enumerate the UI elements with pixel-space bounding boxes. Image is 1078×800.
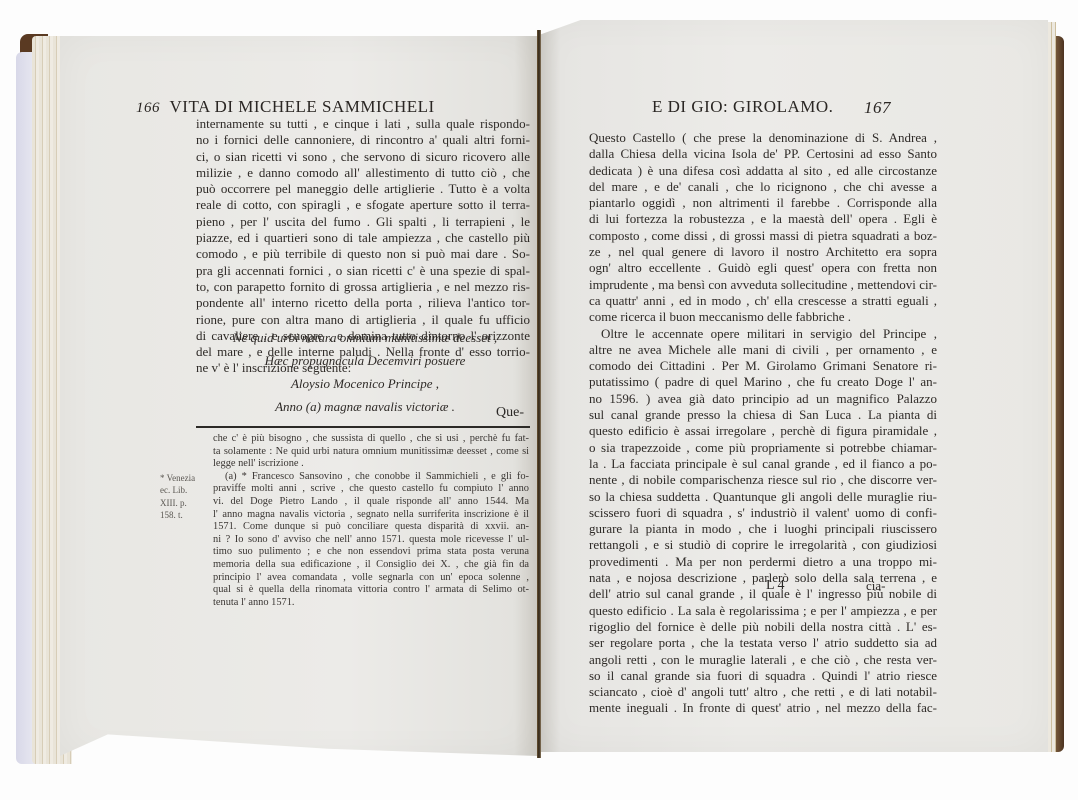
text-line: ogn' altro eccellente . Guidò egli quest…: [589, 260, 937, 276]
text-line: dedicata ) è una difesa così addatta al …: [589, 163, 937, 179]
text-line: comodo dei Cittadini . Per M. Girolamo G…: [589, 358, 937, 374]
text-line: Oltre le accennate opere militari in ser…: [589, 326, 937, 342]
text-line: so la chiesa suddetta . Quantunque gli a…: [589, 489, 937, 505]
text-line: angoli retti , con le muraglie laterali …: [589, 652, 937, 668]
text-line: so il canal grande sia fuori di squadra …: [589, 668, 937, 684]
signature-mark: L 4: [766, 578, 785, 594]
margin-note-line: * Venezia: [160, 472, 210, 484]
footnote-line: vi. del Doge Pietro Lando , il quale ris…: [213, 496, 529, 509]
text-line: ser regolare porta , che la testata vers…: [589, 635, 937, 651]
text-line: putatissimo ( padre di quel Marino , che…: [589, 374, 937, 390]
text-line: la . La facciata principale è sul canal …: [589, 456, 937, 472]
text-line: no 1596. ) avea già dato principio ad un…: [589, 391, 937, 407]
text-line: imprudente , ma bensì con avveduta solle…: [589, 277, 937, 293]
right-body-text: Questo Castello ( che prese la denominaz…: [589, 130, 937, 717]
right-catchword: cia-: [866, 578, 885, 594]
text-line: come ricerca il buon meccanismo delle fa…: [589, 309, 937, 325]
text-line: Questo Castello ( che prese la denominaz…: [589, 130, 937, 146]
text-line: gurare la pianta in modo , che i luoghi …: [589, 521, 937, 537]
text-line: questo edificio è assai irregolare , per…: [589, 423, 937, 439]
text-line: comodo , e più terribile di questo non s…: [196, 246, 530, 262]
inscription-line: Aloysio Mocenico Principe ,: [200, 372, 530, 395]
text-line: internamente su tutti , e cinque i lati …: [196, 116, 530, 132]
text-line: reale di cotto, con spiragli , e sfogate…: [196, 197, 530, 213]
footnote-line: qual si è quella della rinomata vittoria…: [213, 584, 529, 597]
text-line: milizie , e danno comodo all' allestimen…: [196, 165, 530, 181]
footnote-line: tenuta l' anno 1571.: [213, 597, 529, 610]
inscription-line: Hæc propugnacula Decemviri posuere: [200, 349, 530, 372]
text-line: altre ne avea Michele alle mani di civil…: [589, 342, 937, 358]
text-line: nente , di nobile comparischenza riesce …: [589, 472, 937, 488]
text-line: to, con parapetto fornito di grossa arti…: [196, 279, 530, 295]
footnote-rule: [196, 426, 530, 428]
text-line: piantarlo oggidì , non altrimenti il far…: [589, 195, 937, 211]
footnote-line: principio l' avea comandata , volle segn…: [213, 572, 529, 585]
text-line: pra gli accennati fornici , o sian ricet…: [196, 263, 530, 279]
text-line: di lui fortezza la robustezza , e la mae…: [589, 211, 937, 227]
footnote-line: timo suo pulimento ; e che non essendovi…: [213, 546, 529, 559]
text-line: mente ineguali . In fronte di quest' atr…: [589, 700, 937, 716]
text-line: sul canal grande presso la chiesa di San…: [589, 407, 937, 423]
footnote-line: memoria della sua edificazione , il Cons…: [213, 559, 529, 572]
text-line: pondente all' interno ricetto della port…: [196, 295, 530, 311]
margin-note-line: ec. Lib.: [160, 484, 210, 496]
footnote-line: l' anno magna navalis victoria , segnato…: [213, 509, 529, 522]
margin-note-line: XIII. p.: [160, 497, 210, 509]
footnote-line: ni ? Io sono d' avviso che nell' anno 15…: [213, 534, 529, 547]
margin-reference-note: * Venezia ec. Lib. XIII. p. 158. t.: [160, 472, 210, 522]
margin-note-line: 158. t.: [160, 509, 210, 521]
text-line: provedimenti . Ma per non perdermi dietr…: [589, 554, 937, 570]
text-line: o sia trapezzoide , come più propriament…: [589, 440, 937, 456]
latin-inscription: Ne quid urbi natura omnium munitissimæ d…: [200, 326, 530, 418]
left-page-number: 166: [136, 100, 160, 116]
footnote-line: legge nell' iscrizione .: [213, 458, 529, 471]
text-line: ze , nel qual genere di lavoro il nostro…: [589, 244, 937, 260]
text-line: del mare , e de' canali , che lo ricigno…: [589, 179, 937, 195]
text-line: sciancato , cioè d' angoli tutt' altro ,…: [589, 684, 937, 700]
text-line: composto , come dissi , di grossi massi …: [589, 228, 937, 244]
inscription-line: Anno (a) magnæ navalis victoriæ .: [200, 395, 530, 418]
text-line: piazze, ed i quartieri sono di tale ampi…: [196, 230, 530, 246]
footnote-line: (a) * Francesco Sansovino , che conobbe …: [213, 471, 529, 484]
text-line: ci, o sian ricetti vi sono , che servono…: [196, 149, 530, 165]
text-line: dalla Chiesa della vicina Isola de' PP. …: [589, 146, 937, 162]
book-gutter: [537, 30, 541, 758]
text-line: rigoglio del fornice è delle più nobili …: [589, 619, 937, 635]
text-line: può occorrere pel maneggio delle artigli…: [196, 181, 530, 197]
text-line: questo edificio . La sala è regolarissim…: [589, 603, 937, 619]
left-catchword: Que-: [496, 405, 524, 421]
left-running-head: 166 VITA DI MICHELE SAMMICHELI: [136, 97, 435, 117]
text-line: scissero fuori di squadra , s' industriò…: [589, 505, 937, 521]
right-page-number: 167: [864, 98, 891, 118]
right-running-title: E DI GIO: GIROLAMO.: [652, 97, 833, 116]
footnote-line: praviffe molti anni , scrive , che quest…: [213, 483, 529, 496]
text-line: rettangoli , e si studiò di coprire le i…: [589, 537, 937, 553]
open-book-photo: 166 VITA DI MICHELE SAMMICHELI intername…: [0, 0, 1078, 800]
footnote-line: ta solamente : Ne quid urbi natura omniu…: [213, 446, 529, 459]
text-line: ca quattr' anni , ed in modo , ch' ella …: [589, 293, 937, 309]
text-line: no i fornici delle cannoniere, di rincon…: [196, 132, 530, 148]
left-footnotes: che c' è più bisogno , che sussista di q…: [213, 433, 529, 609]
right-running-head: E DI GIO: GIROLAMO.: [652, 97, 833, 117]
left-running-title: VITA DI MICHELE SAMMICHELI: [170, 97, 435, 116]
inscription-line: Ne quid urbi natura omnium munitissimæ d…: [200, 326, 530, 349]
footnote-line: 1571. Come dunque si può conciliare ques…: [213, 521, 529, 534]
text-line: pieno , per l' uscita del fumo . Gli spa…: [196, 214, 530, 230]
footnote-line: che c' è più bisogno , che sussista di q…: [213, 433, 529, 446]
